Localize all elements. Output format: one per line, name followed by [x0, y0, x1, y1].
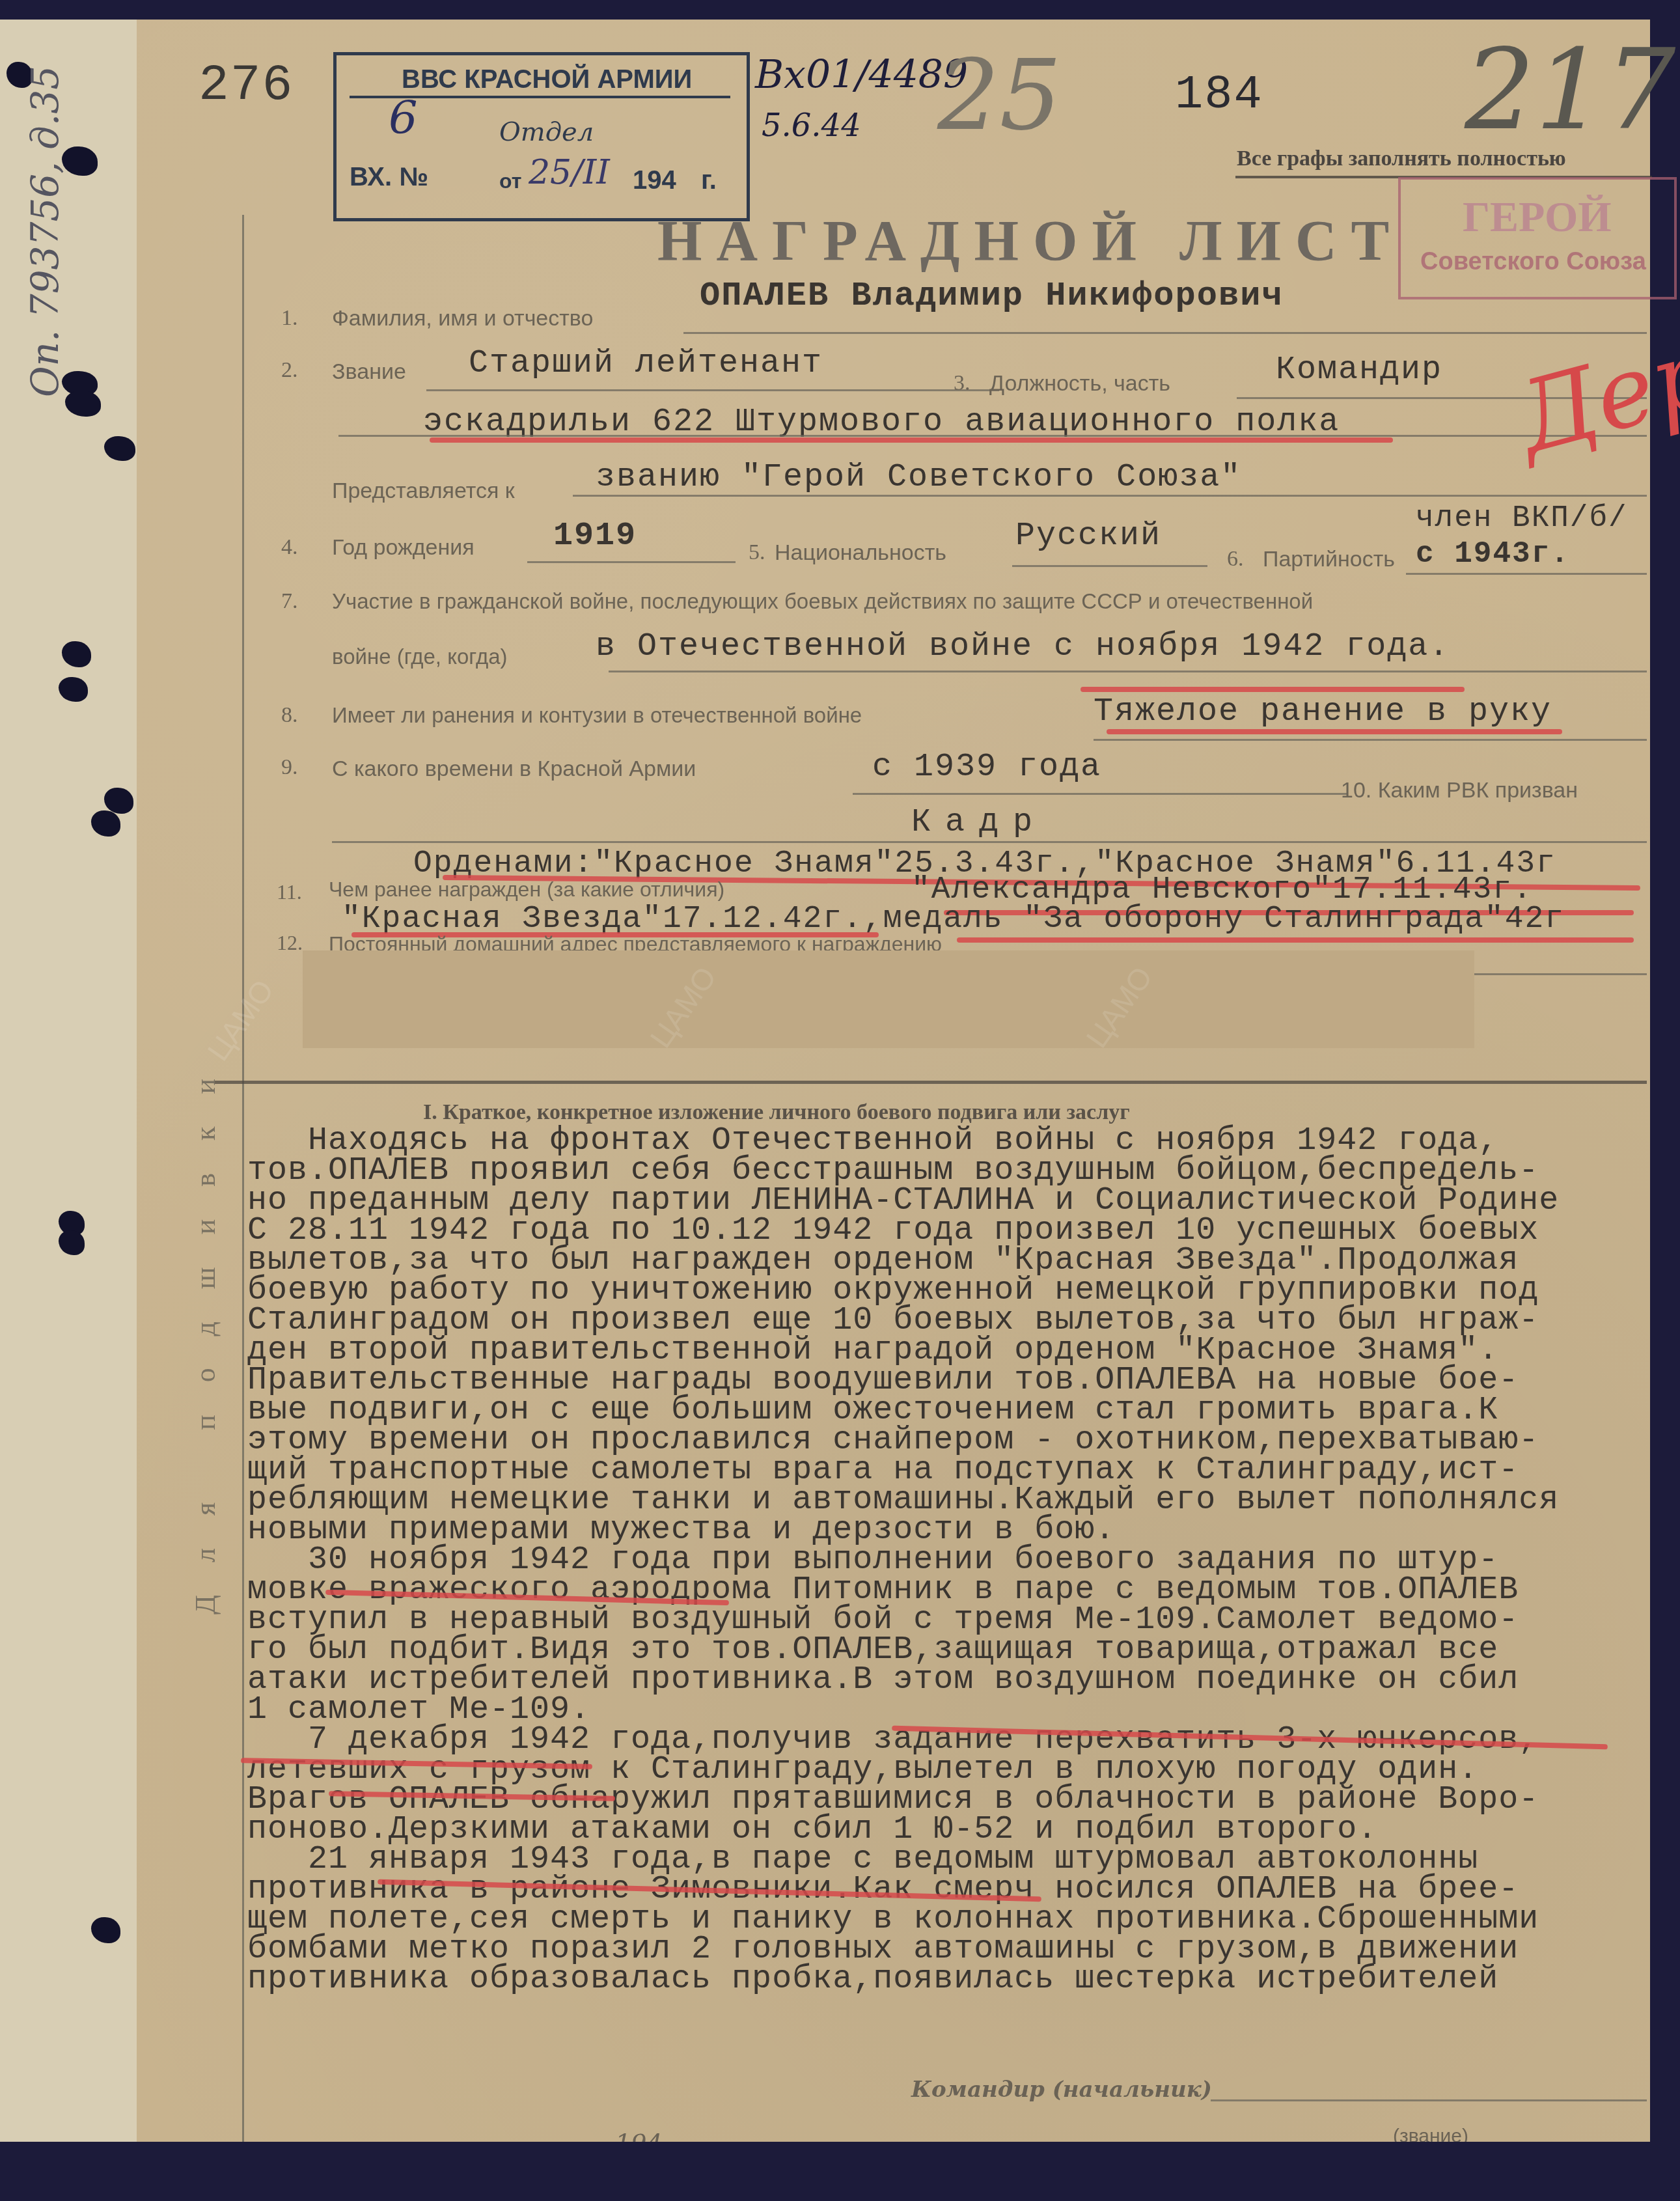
field-8-number: 8.	[281, 703, 298, 728]
presented-to-label: Представляется к	[332, 478, 515, 504]
binding-label: Для подшивки	[189, 638, 222, 1614]
field-11-label: Чем ранее награжден (за какие отличия)	[329, 878, 724, 902]
stamp-in-no-label: ВХ. №	[350, 163, 428, 192]
field-12-number: 12.	[277, 931, 303, 955]
pencil-number: 25	[937, 39, 1062, 152]
field-10-label: 10. Каким РВК призван	[1341, 778, 1578, 803]
presented-to-line	[573, 495, 1647, 497]
stamp-year-label: 194	[633, 166, 676, 195]
margin-archive-note: Оп. 793756, д.35	[23, 163, 67, 397]
scan-background-bottom	[0, 2142, 1680, 2201]
stamp-year-suffix: г.	[701, 166, 717, 195]
field-5-value: Русский	[1015, 518, 1161, 555]
registration-number: Вх01/4489	[755, 52, 968, 98]
field-7-label: Участие в гражданской войне, последующих…	[332, 589, 1313, 614]
field-7-line	[609, 671, 1647, 672]
margin-rule	[242, 215, 244, 2142]
field-5-number: 5.	[749, 540, 765, 565]
field-3-line-cont	[338, 435, 1647, 437]
registration-date: 5.6.44	[762, 107, 861, 144]
field-8-label: Имеет ли ранения и контузии в отечествен…	[332, 703, 862, 728]
commander-label: Командир (начальник)	[911, 2077, 1212, 2103]
stamp-department-label: Отдел	[499, 117, 594, 147]
field-9-value: с 1939 года	[872, 749, 1101, 786]
field-7-number: 7.	[281, 589, 298, 614]
incoming-stamp: ВВС КРАСНОЙ АРМИИ 6 Отдел ВХ. № от 25/II…	[333, 52, 750, 221]
field-1-value: ОПАЛЕВ Владимир Никифорович	[700, 277, 1284, 315]
field-4-line	[527, 561, 736, 563]
award-narrative: Находясь на фронтах Отечественной войны …	[247, 1126, 1559, 1995]
field-9-line	[853, 793, 1347, 795]
red-underline	[1081, 687, 1465, 692]
field-6-value: член ВКП/б/	[1416, 501, 1628, 535]
sheet-number: 276	[199, 57, 294, 115]
field-10-label-text: Каким РВК призван	[1378, 778, 1578, 803]
field-10-number: 10.	[1341, 778, 1371, 803]
field-9-number: 9.	[281, 755, 298, 780]
field-11-value-line-3: "Красная Звезда"17.12.42г.,медаль "За об…	[342, 902, 1565, 937]
field-2-label: Звание	[332, 359, 406, 385]
field-3-value: Командир	[1276, 352, 1442, 389]
document-title: НАГРАДНОЙ ЛИСТ	[657, 208, 1403, 274]
stamp-header: ВВС КРАСНОЙ АРМИИ	[402, 65, 692, 94]
section-divider	[215, 1081, 1647, 1084]
field-4-number: 4.	[281, 535, 298, 560]
archive-number: 184	[1175, 68, 1263, 122]
section-heading: I. Краткое, конкретное изложение личного…	[423, 1100, 1130, 1125]
field-6-line	[1406, 573, 1647, 575]
stamp-department-value: 6	[389, 91, 418, 145]
field-4-label: Год рождения	[332, 535, 475, 561]
field-12-line	[1474, 973, 1647, 975]
field-6-number: 6.	[1227, 547, 1244, 572]
pencil-mark-top-right: 217	[1465, 26, 1675, 155]
narrative-line: противника образовалась пробка,появилась…	[247, 1965, 1559, 1995]
redacted-address-block	[303, 950, 1474, 1048]
presented-to-value: званию "Герой Советского Союза"	[596, 459, 1241, 496]
field-2-line	[426, 389, 999, 391]
hero-stamp: ГЕРОЙ Советского Союза	[1398, 177, 1677, 299]
field-1-label: Фамилия, имя и отчество	[332, 306, 593, 331]
field-3-number: 3.	[954, 371, 971, 396]
field-9-label: С какого времени в Красной Армии	[332, 756, 696, 782]
field-5-label: Национальность	[775, 540, 946, 566]
field-5-line	[1012, 565, 1207, 567]
field-8-value: Тяжелое ранение в руку	[1094, 693, 1552, 730]
field-7-label-cont: войне (где, когда)	[332, 644, 508, 669]
left-margin-strip	[0, 20, 137, 2142]
instruction-text: Все графы заполнять полностью	[1237, 146, 1566, 171]
hero-stamp-line1: ГЕРОЙ	[1463, 193, 1612, 242]
field-1-number: 1.	[281, 306, 298, 331]
field-7-value: в Отечественной войне с ноября 1942 года…	[596, 628, 1450, 665]
red-underline	[1107, 729, 1562, 734]
field-1-line	[683, 332, 1647, 334]
field-2-value: Старший лейтенант	[469, 345, 823, 382]
hero-stamp-line2: Советского Союза	[1420, 248, 1646, 276]
field-10-value: Кадр	[911, 804, 1047, 841]
red-underline	[430, 437, 1393, 443]
field-3-label: Должность, часть	[989, 371, 1170, 396]
field-11-number: 11.	[277, 880, 302, 904]
field-6-label: Партийность	[1263, 547, 1395, 572]
stamp-date-value: 25/II	[529, 153, 610, 192]
stamp-date-label: от	[499, 169, 521, 193]
field-10-line	[332, 841, 1647, 843]
commander-signature-line	[1211, 2099, 1647, 2101]
red-underline	[957, 937, 1634, 943]
field-4-value: 1919	[553, 518, 637, 555]
field-2-number: 2.	[281, 358, 298, 383]
field-6-value-cont: с 1943г.	[1416, 537, 1570, 571]
field-8-line	[1094, 739, 1647, 741]
